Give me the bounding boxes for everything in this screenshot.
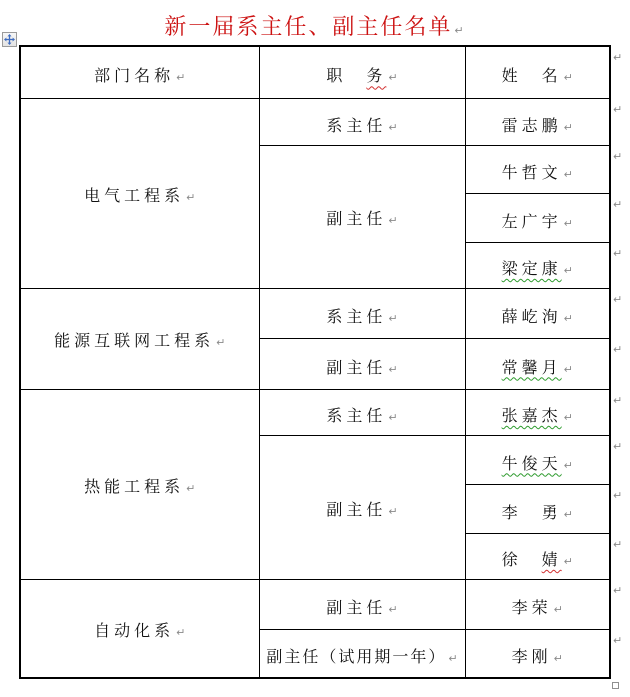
cell-department-electrical[interactable]: 电气工程系↵: [20, 98, 259, 288]
row-end-mark: ↵: [613, 584, 622, 597]
position-title: 系主任: [326, 408, 386, 425]
person-name: 雷志鹏: [502, 118, 562, 135]
cell-name[interactable]: 雷志鹏↵: [465, 98, 610, 145]
header-name[interactable]: 姓 名↵: [465, 46, 610, 98]
cell-name[interactable]: 常馨月↵: [465, 338, 610, 389]
cell-end-mark: ↵: [564, 459, 573, 472]
person-name: 牛俊天: [502, 456, 562, 473]
personnel-table: 部门名称↵ 职 务↵ 姓 名↵ 电气工程系↵ 系主任↵ 雷志鹏↵ 副主任↵ 牛哲…: [19, 45, 611, 679]
cell-position[interactable]: 副主任↵: [259, 579, 465, 629]
row-end-mark: ↵: [613, 103, 622, 116]
cell-end-mark: ↵: [564, 508, 573, 521]
person-name: 左广宇: [502, 214, 562, 231]
cell-position[interactable]: 系主任↵: [259, 288, 465, 338]
title-text: 新一届系主任、副主任名单: [164, 14, 452, 39]
cell-end-mark: ↵: [564, 312, 573, 325]
cell-end-mark: ↵: [388, 312, 397, 325]
cell-end-mark: ↵: [554, 603, 563, 616]
person-name: 梁定康: [502, 261, 562, 278]
cell-end-mark: ↵: [388, 214, 397, 227]
position-title: 副主任: [326, 502, 386, 519]
cell-end-mark: ↵: [388, 603, 397, 616]
cell-end-mark: ↵: [564, 168, 573, 181]
department-name: 电气工程系: [84, 188, 184, 205]
cell-name[interactable]: 薛屹洵↵: [465, 288, 610, 338]
position-title: 副主任（试用期一年）: [266, 649, 446, 666]
cell-department-thermal[interactable]: 热能工程系↵: [20, 389, 259, 579]
document-page: 新一届系主任、副主任名单↵ 部门名称↵ 职 务↵ 姓 名↵ 电气工程系↵: [0, 0, 630, 697]
cell-position[interactable]: 系主任↵: [259, 98, 465, 145]
cell-end-mark: ↵: [176, 71, 185, 84]
table-row: 热能工程系↵ 系主任↵ 张嘉杰↵: [20, 389, 610, 435]
cell-name[interactable]: 李刚↵: [465, 629, 610, 678]
person-name: 薛屹洵: [502, 309, 562, 326]
person-name: 李 勇: [502, 505, 562, 522]
position-title: 副主任: [326, 360, 386, 377]
cell-end-mark: ↵: [388, 411, 397, 424]
cell-position[interactable]: 副主任↵: [259, 338, 465, 389]
person-name: 徐: [502, 552, 542, 569]
row-end-mark: ↵: [613, 634, 622, 647]
cell-name[interactable]: 牛哲文↵: [465, 145, 610, 193]
header-position[interactable]: 职 务↵: [259, 46, 465, 98]
position-title: 副主任: [326, 211, 386, 228]
cell-name[interactable]: 李荣↵: [465, 579, 610, 629]
row-end-mark: ↵: [613, 343, 622, 356]
cell-end-mark: ↵: [388, 121, 397, 134]
cell-end-mark: ↵: [388, 363, 397, 376]
cell-name[interactable]: 徐 婧↵: [465, 533, 610, 579]
table-move-handle[interactable]: [2, 32, 17, 47]
table-row: 自动化系↵ 副主任↵ 李荣↵: [20, 579, 610, 629]
cell-end-mark: ↵: [388, 71, 397, 84]
header-department[interactable]: 部门名称↵: [20, 46, 259, 98]
cell-position[interactable]: 副主任（试用期一年）↵: [259, 629, 465, 678]
cell-name[interactable]: 左广宇↵: [465, 193, 610, 242]
paragraph-mark: ↵: [454, 24, 463, 37]
position-title: 副主任: [326, 600, 386, 617]
cell-end-mark: ↵: [564, 555, 573, 568]
cell-end-mark: ↵: [564, 71, 573, 84]
row-end-mark: ↵: [613, 489, 622, 502]
cell-end-mark: ↵: [564, 363, 573, 376]
person-name: 李刚: [512, 649, 552, 666]
header-position-label: 职: [326, 68, 366, 85]
cell-end-mark: ↵: [186, 191, 195, 204]
row-end-mark: ↵: [613, 538, 622, 551]
table-row: 电气工程系↵ 系主任↵ 雷志鹏↵: [20, 98, 610, 145]
page-title[interactable]: 新一届系主任、副主任名单↵: [19, 10, 609, 41]
position-title: 系主任: [326, 118, 386, 135]
position-title: 系主任: [326, 309, 386, 326]
cell-end-mark: ↵: [216, 336, 225, 349]
department-name: 能源互联网工程系: [54, 333, 214, 350]
row-end-mark: ↵: [613, 440, 622, 453]
cell-name[interactable]: 梁定康↵: [465, 242, 610, 288]
move-all-arrows-icon: [4, 34, 15, 45]
row-end-mark: ↵: [613, 51, 622, 64]
table-resize-handle[interactable]: [612, 682, 619, 689]
table-row: 能源互联网工程系↵ 系主任↵ 薛屹洵↵: [20, 288, 610, 338]
row-end-mark: ↵: [613, 394, 622, 407]
cell-end-mark: ↵: [388, 505, 397, 518]
row-end-mark: ↵: [613, 150, 622, 163]
header-position-label-tail: 务: [366, 68, 386, 85]
cell-end-mark: ↵: [564, 264, 573, 277]
cell-department-energy-internet[interactable]: 能源互联网工程系↵: [20, 288, 259, 389]
table-header-row: 部门名称↵ 职 务↵ 姓 名↵: [20, 46, 610, 98]
person-name-tail: 婧: [542, 552, 562, 569]
cell-end-mark: ↵: [448, 652, 457, 665]
cell-name[interactable]: 牛俊天↵: [465, 435, 610, 484]
cell-position[interactable]: 系主任↵: [259, 389, 465, 435]
person-name: 李荣: [512, 600, 552, 617]
cell-end-mark: ↵: [564, 217, 573, 230]
cell-end-mark: ↵: [186, 482, 195, 495]
cell-name[interactable]: 张嘉杰↵: [465, 389, 610, 435]
cell-position[interactable]: 副主任↵: [259, 435, 465, 579]
row-end-mark: ↵: [613, 198, 622, 211]
cell-end-mark: ↵: [564, 121, 573, 134]
row-end-mark: ↵: [613, 293, 622, 306]
person-name: 牛哲文: [502, 165, 562, 182]
department-name: 热能工程系: [84, 479, 184, 496]
department-name: 自动化系: [94, 623, 174, 640]
cell-end-mark: ↵: [554, 652, 563, 665]
person-name: 张嘉杰: [502, 408, 562, 425]
cell-end-mark: ↵: [564, 411, 573, 424]
cell-end-mark: ↵: [176, 626, 185, 639]
cell-department-automation[interactable]: 自动化系↵: [20, 579, 259, 678]
cell-name[interactable]: 李 勇↵: [465, 484, 610, 533]
cell-position[interactable]: 副主任↵: [259, 145, 465, 288]
header-department-label: 部门名称: [94, 68, 174, 85]
header-name-label: 姓 名: [502, 68, 562, 85]
person-name: 常馨月: [502, 360, 562, 377]
row-end-mark: ↵: [613, 247, 622, 260]
